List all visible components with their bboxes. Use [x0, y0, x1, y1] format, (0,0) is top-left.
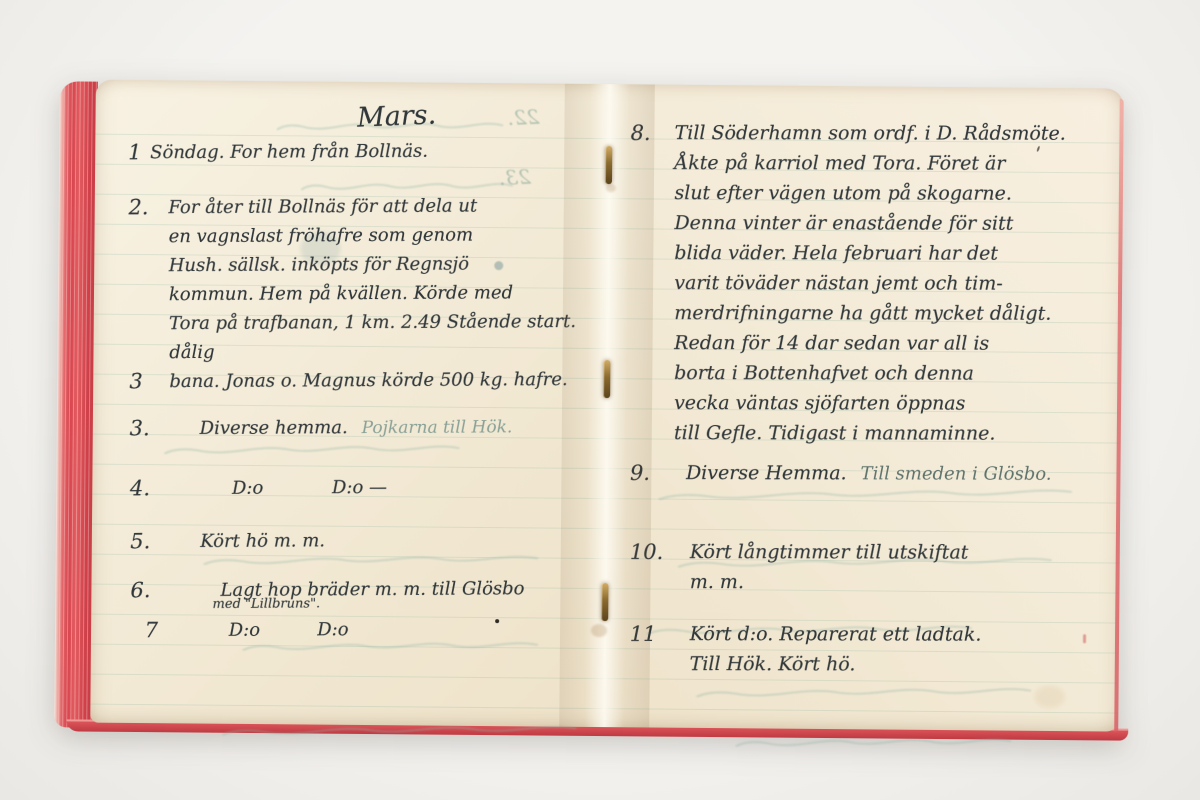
entry-note-light-ink: Till smeden i Glösbo.: [861, 463, 1052, 484]
entry-line: Kört långtimmer till utskiftat: [690, 537, 969, 567]
diary-entry: 1Söndag. For hem från Bollnäs.: [128, 136, 614, 168]
entry-line: D:o D:o —: [232, 473, 387, 503]
diary-book: 22. 23. Mars. 1Söndag. For hem från Boll…: [54, 79, 1138, 740]
entry-date-number: 3: [129, 367, 169, 396]
entry-line: D:o D:o: [229, 615, 349, 645]
diary-entry: 8.Till Söderhamn som ordf. i D. Rådsmöte…: [630, 118, 1105, 449]
diary-entry: 9.Diverse Hemma.Till smeden i Glösbo.: [630, 458, 1104, 490]
diary-entry: 3bana. Jonas o. Magnus körde 500 kg. haf…: [129, 365, 615, 397]
entry-text: D:o D:o: [229, 615, 349, 645]
entry-note-light-ink: Pojkarna till Hök.: [362, 417, 513, 438]
entry-date-number: 9.: [630, 458, 674, 488]
diary-entries-right: 8.Till Söderhamn som ordf. i D. Rådsmöte…: [630, 118, 1105, 680]
left-page-text: Mars. 1Söndag. For hem från Bollnäs.2.Fo…: [128, 97, 617, 646]
entry-date-number: 5.: [130, 527, 170, 556]
bleedthrough-ghost-writing: [694, 681, 1034, 703]
entry-line: Åkte på karriol med Tora. Föret är: [674, 148, 1065, 179]
diary-entry: 11Kört d:o. Reparerat ett ladtak.Till Hö…: [630, 619, 1104, 680]
entry-line: slut efter vägen utom på skogarne.: [674, 178, 1065, 209]
entry-line: Till Hök. Kört hö.: [690, 649, 982, 680]
entry-text: Söndag. For hem från Bollnäs.: [150, 137, 428, 167]
entry-line: kommun. Hem på kvällen. Körde med: [169, 278, 615, 309]
entry-line: varit töväder nästan jemt och tim-: [674, 268, 1065, 299]
entry-line: Kört hö m. m.: [200, 526, 325, 556]
diary-entry: 7D:o D:o: [131, 614, 617, 646]
entry-date-number: 11: [630, 619, 674, 649]
entry-line: m. m.: [690, 567, 969, 597]
entry-date-number: 4.: [130, 474, 170, 503]
entry-line: Diverse hemma.Pojkarna till Hök.: [200, 412, 513, 444]
diary-entry: 4.D:o D:o —: [130, 472, 616, 504]
entry-text: Diverse hemma.Pojkarna till Hök.: [200, 412, 513, 444]
entry-text: Till Söderhamn som ordf. i D. Rådsmöte.Å…: [674, 118, 1066, 449]
diary-left-page: 22. 23. Mars. 1Söndag. For hem från Boll…: [90, 80, 610, 727]
entry-line: Söndag. For hem från Bollnäs.: [150, 137, 428, 167]
red-fore-edge-rim: [1114, 99, 1124, 732]
diary-entry: 10.Kört långtimmer till utskiftatm. m.: [630, 537, 1104, 598]
entry-line: till Gefle. Tidigast i mannaminne.: [674, 418, 1065, 449]
diary-entry: 5.Kört hö m. m.: [130, 525, 616, 557]
entry-line: Till Söderhamn som ordf. i D. Rådsmöte.: [675, 118, 1066, 149]
right-page-text: 8.Till Söderhamn som ordf. i D. Rådsmöte…: [630, 118, 1105, 680]
entry-line: blida väder. Hela februari har det: [674, 238, 1065, 269]
entry-line: Hush. sällsk. inköpts för Regnsjö: [169, 249, 615, 280]
entry-text: For åter till Bollnäs för att dela uten …: [168, 191, 615, 367]
entry-line: Tora på trafbanan, 1 km. 2.49 Stående st…: [169, 307, 615, 367]
entry-date-number: 2.: [128, 193, 168, 222]
entry-date-number: 8.: [631, 118, 675, 148]
entry-line: Denna vinter är enastående för sitt: [674, 208, 1065, 239]
diary-entry: 3.Diverse hemma.Pojkarna till Hök.: [130, 412, 616, 445]
entry-line: en vagnslast fröhafre som genom: [169, 220, 615, 251]
brass-binding-staple: [601, 583, 608, 621]
photo-backdrop: 22. 23. Mars. 1Söndag. For hem från Boll…: [0, 0, 1200, 800]
entry-text: bana. Jonas o. Magnus körde 500 kg. hafr…: [169, 365, 567, 396]
entry-line: Diverse Hemma.Till smeden i Glösbo.: [686, 458, 1052, 490]
entry-line: For åter till Bollnäs för att dela ut: [168, 191, 614, 222]
entry-text: D:o D:o —: [232, 473, 387, 503]
entry-line: merdrifningarne ha gått mycket dåligt.: [674, 298, 1065, 329]
diary-entries-left: 1Söndag. For hem från Bollnäs.2.For åter…: [128, 136, 617, 646]
diary-entry: 2.For åter till Bollnäs för att dela ute…: [128, 191, 615, 368]
entry-date-number: 3.: [130, 414, 170, 443]
entry-line: vecka väntas sjöfarten öppnas: [674, 388, 1065, 419]
entry-line: bana. Jonas o. Magnus körde 500 kg. hafr…: [169, 365, 567, 396]
brass-binding-staple: [603, 360, 610, 398]
entry-line: borta i Bottenhafvet och denna: [674, 358, 1065, 389]
entry-text: Kört långtimmer till utskiftatm. m.: [690, 537, 969, 597]
entry-text: Diverse Hemma.Till smeden i Glösbo.: [686, 458, 1052, 490]
entry-line: Kört d:o. Reparerat ett ladtak.: [690, 619, 982, 650]
diary-right-page: 8.Till Söderhamn som ordf. i D. Rådsmöte…: [604, 84, 1124, 731]
entry-text: Lagt hop bräder m. m. till Glösbomed "Li…: [220, 574, 524, 614]
entry-line: Redan för 14 dar sedan var all is: [674, 328, 1065, 359]
entry-date-number: 10.: [630, 537, 674, 567]
month-heading: Mars.: [356, 92, 614, 133]
entry-text: Kört d:o. Reparerat ett ladtak.Till Hök.…: [690, 619, 982, 680]
diary-entry: 6.Lagt hop bräder m. m. till Glösbomed "…: [130, 574, 616, 615]
entry-text: Kört hö m. m.: [200, 526, 325, 556]
brass-binding-staple: [605, 146, 612, 184]
foxing-stain: [1034, 686, 1064, 708]
entry-date-number: 7: [131, 616, 185, 645]
entry-date-number: 6.: [130, 576, 170, 605]
